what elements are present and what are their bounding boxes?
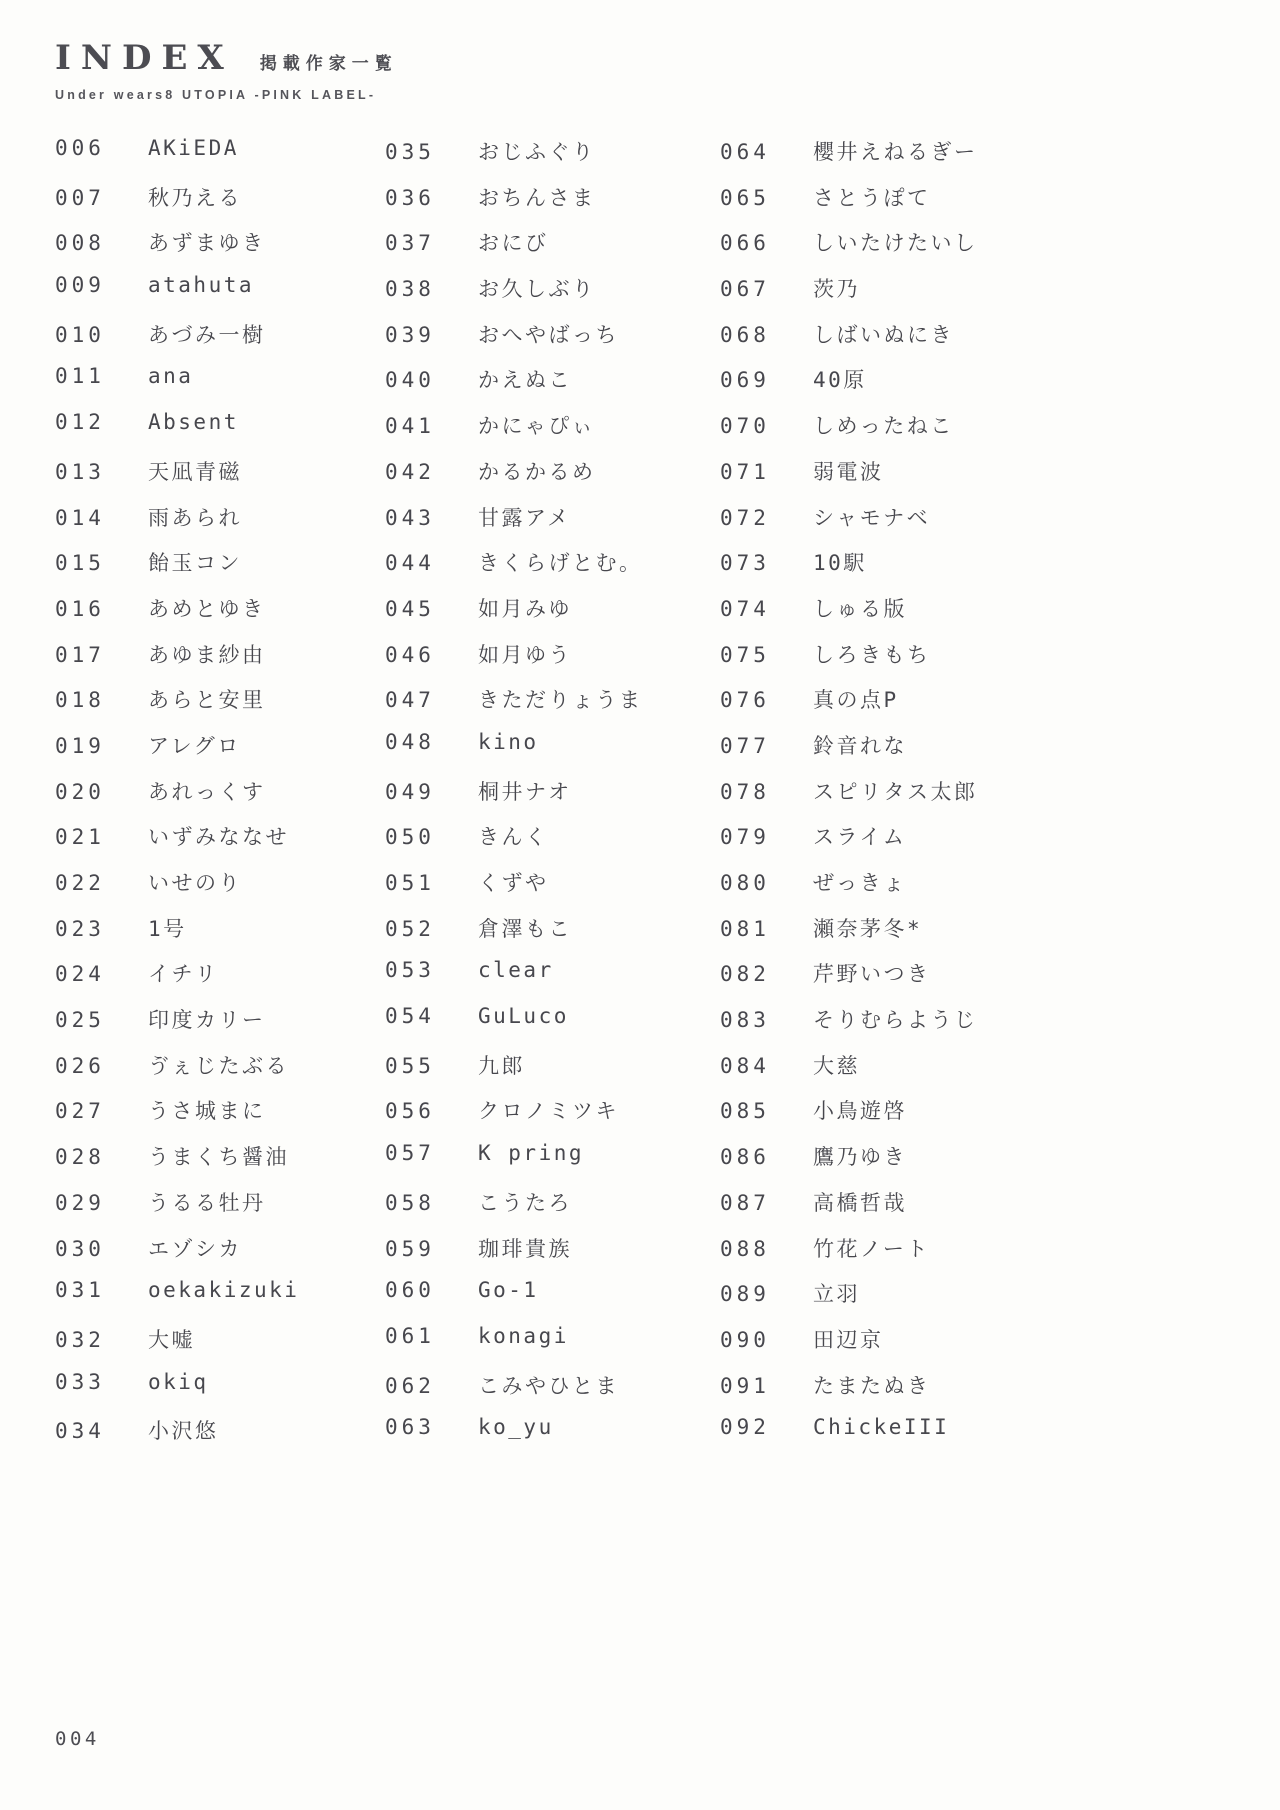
entry-number: 016 [55, 597, 148, 621]
entry-name: イチリ [148, 958, 219, 988]
entry-number: 025 [55, 1008, 148, 1032]
entry-name: Absent [148, 410, 239, 434]
index-entry-row: 078 スピリタス太郎 [720, 776, 1260, 822]
entry-number: 012 [55, 410, 148, 434]
index-entry-row: 012 Absent [55, 410, 385, 456]
entry-name: ぜっきょ [813, 867, 907, 897]
entry-number: 091 [720, 1374, 813, 1398]
index-columns: 006 AKiEDA 007 秋乃える 008 あずまゆき 009 atahut… [55, 136, 1280, 1461]
index-entry-row: 011 ana [55, 364, 385, 410]
entry-name: あめとゆき [148, 593, 266, 623]
entry-number: 021 [55, 825, 148, 849]
entry-number: 061 [385, 1324, 478, 1348]
entry-number: 062 [385, 1374, 478, 1398]
entry-name: そりむらようじ [813, 1004, 978, 1034]
entry-number: 076 [720, 688, 813, 712]
index-entry-row: 052 倉澤もこ [385, 913, 720, 959]
index-entry-row: 017 あゆま紗由 [55, 639, 385, 685]
index-entry-row: 068 しばいぬにき [720, 319, 1260, 365]
entry-name: こみやひとま [478, 1370, 619, 1400]
index-entry-row: 037 おにび [385, 227, 720, 273]
entry-name: 大嘘 [148, 1324, 195, 1354]
entry-name: しろきもち [813, 639, 931, 669]
entry-number: 052 [385, 917, 478, 941]
entry-name: AKiEDA [148, 136, 239, 160]
entry-number: 020 [55, 780, 148, 804]
index-entry-row: 041 かにゃぴぃ [385, 410, 720, 456]
entry-number: 034 [55, 1419, 148, 1443]
entry-number: 043 [385, 506, 478, 530]
index-entry-row: 046 如月ゆう [385, 639, 720, 685]
index-entry-row: 048 kino [385, 730, 720, 776]
index-entry-row: 064 櫻井えねるぎー [720, 136, 1260, 182]
index-entry-row: 030 エゾシカ [55, 1233, 385, 1279]
index-entry-row: 014 雨あられ [55, 502, 385, 548]
entry-name: 九郎 [478, 1050, 525, 1080]
entry-name: しばいぬにき [813, 319, 954, 349]
entry-name: あずまゆき [148, 227, 266, 257]
entry-number: 009 [55, 273, 148, 297]
entry-number: 023 [55, 917, 148, 941]
entry-name: かえぬこ [478, 364, 572, 394]
index-entry-row: 015 飴玉コン [55, 547, 385, 593]
entry-name: 高橋哲哉 [813, 1187, 907, 1217]
entry-number: 011 [55, 364, 148, 388]
index-entry-row: 010 あづみ一樹 [55, 319, 385, 365]
entry-name: 40原 [813, 364, 867, 394]
index-entry-row: 065 さとうぽて [720, 182, 1260, 228]
entry-number: 037 [385, 231, 478, 255]
entry-number: 038 [385, 277, 478, 301]
entry-number: 018 [55, 688, 148, 712]
entry-name: クロノミツキ [478, 1095, 619, 1125]
entry-name: こうたろ [478, 1187, 572, 1217]
entry-number: 045 [385, 597, 478, 621]
index-entry-row: 036 おちんさま [385, 182, 720, 228]
index-entry-row: 039 おへやばっち [385, 319, 720, 365]
entry-name: 1号 [148, 913, 187, 943]
entry-name: 桐井ナオ [478, 776, 572, 806]
entry-number: 085 [720, 1099, 813, 1123]
page-header: INDEX 掲載作家一覧 [55, 38, 1280, 78]
entry-name: 芹野いつき [813, 958, 931, 988]
index-entry-row: 085 小鳥遊啓 [720, 1095, 1260, 1141]
entry-number: 039 [385, 323, 478, 347]
index-entry-row: 083 そりむらようじ [720, 1004, 1260, 1050]
index-entry-row: 044 きくらげとむ。 [385, 547, 720, 593]
entry-number: 042 [385, 460, 478, 484]
entry-name: アレグロ [148, 730, 241, 760]
index-column-2: 035 おじふぐり 036 おちんさま 037 おにび 038 お久しぶり 03… [385, 136, 720, 1461]
entry-number: 056 [385, 1099, 478, 1123]
entry-name: お久しぶり [478, 273, 596, 303]
entry-number: 048 [385, 730, 478, 754]
entry-name: いせのり [148, 867, 242, 897]
entry-name: 瀬奈茅冬* [813, 913, 922, 943]
entry-name: あらと安里 [148, 684, 266, 714]
entry-name: ana [148, 364, 193, 388]
entry-name: たまたぬき [813, 1370, 931, 1400]
index-entry-row: 069 40原 [720, 364, 1260, 410]
entry-number: 086 [720, 1145, 813, 1169]
entry-number: 015 [55, 551, 148, 575]
entry-name: スライム [813, 821, 906, 851]
entry-name: かるかるめ [478, 456, 596, 486]
entry-number: 047 [385, 688, 478, 712]
entry-number: 033 [55, 1370, 148, 1394]
page-title: INDEX [55, 38, 234, 78]
entry-number: 035 [385, 140, 478, 164]
entry-number: 073 [720, 551, 813, 575]
index-entry-row: 067 茨乃 [720, 273, 1260, 319]
index-entry-row: 056 クロノミツキ [385, 1095, 720, 1141]
entry-name: 櫻井えねるぎー [813, 136, 978, 166]
entry-number: 028 [55, 1145, 148, 1169]
entry-name: きただりょうま [478, 684, 643, 714]
entry-number: 074 [720, 597, 813, 621]
entry-number: 022 [55, 871, 148, 895]
entry-name: 小鳥遊啓 [813, 1095, 907, 1125]
entry-number: 092 [720, 1415, 813, 1439]
entry-number: 058 [385, 1191, 478, 1215]
entry-name: 天凪青磁 [148, 456, 242, 486]
entry-number: 029 [55, 1191, 148, 1215]
entry-number: 032 [55, 1328, 148, 1352]
index-entry-row: 029 うるる牡丹 [55, 1187, 385, 1233]
index-entry-row: 020 あれっくす [55, 776, 385, 822]
entry-name: うまくち醤油 [148, 1141, 289, 1171]
entry-name: 鈴音れな [813, 730, 907, 760]
entry-name: atahuta [148, 273, 254, 297]
index-page: INDEX 掲載作家一覧 Under wears8 UTOPIA -PINK L… [0, 0, 1280, 1810]
entry-name: kino [478, 730, 539, 754]
entry-name: 茨乃 [813, 273, 860, 303]
entry-name: ゔぇじたぶる [148, 1050, 289, 1080]
index-entry-row: 051 くずや [385, 867, 720, 913]
entry-number: 063 [385, 1415, 478, 1439]
entry-name: 如月ゆう [478, 639, 572, 669]
entry-number: 081 [720, 917, 813, 941]
index-entry-row: 089 立羽 [720, 1278, 1260, 1324]
entry-name: 10駅 [813, 547, 867, 577]
index-entry-row: 077 鈴音れな [720, 730, 1260, 776]
entry-name: 倉澤もこ [478, 913, 572, 943]
entry-name: うさ城まに [148, 1095, 266, 1125]
index-entry-row: 053 clear [385, 958, 720, 1004]
index-entry-row: 061 konagi [385, 1324, 720, 1370]
index-entry-row: 076 真の点P [720, 684, 1260, 730]
index-entry-row: 086 鷹乃ゆき [720, 1141, 1260, 1187]
entry-number: 017 [55, 643, 148, 667]
index-entry-row: 040 かえぬこ [385, 364, 720, 410]
entry-number: 084 [720, 1054, 813, 1078]
entry-name: スピリタス太郎 [813, 776, 978, 806]
index-entry-row: 049 桐井ナオ [385, 776, 720, 822]
entry-name: K pring [478, 1141, 584, 1165]
entry-number: 041 [385, 414, 478, 438]
index-entry-row: 074 しゅる版 [720, 593, 1260, 639]
index-entry-row: 019 アレグロ [55, 730, 385, 776]
index-entry-row: 054 GuLuco [385, 1004, 720, 1050]
entry-number: 083 [720, 1008, 813, 1032]
index-entry-row: 008 あずまゆき [55, 227, 385, 273]
entry-name: 小沢悠 [148, 1415, 219, 1445]
index-entry-row: 082 芹野いつき [720, 958, 1260, 1004]
index-entry-row: 025 印度カリー [55, 1004, 385, 1050]
entry-number: 059 [385, 1237, 478, 1261]
entry-name: clear [478, 958, 554, 982]
index-entry-row: 060 Go-1 [385, 1278, 720, 1324]
entry-number: 060 [385, 1278, 478, 1302]
index-entry-row: 022 いせのり [55, 867, 385, 913]
index-column-1: 006 AKiEDA 007 秋乃える 008 あずまゆき 009 atahut… [55, 136, 385, 1461]
entry-number: 027 [55, 1099, 148, 1123]
entry-name: 秋乃える [148, 182, 242, 212]
index-entry-row: 018 あらと安里 [55, 684, 385, 730]
index-column-3: 064 櫻井えねるぎー 065 さとうぽて 066 しいたけたいし 067 茨乃… [720, 136, 1260, 1461]
entry-number: 030 [55, 1237, 148, 1261]
page-number: 004 [55, 1728, 100, 1750]
index-entry-row: 045 如月みゆ [385, 593, 720, 639]
entry-number: 049 [385, 780, 478, 804]
index-entry-row: 034 小沢悠 [55, 1415, 385, 1461]
entry-name: okiq [148, 1370, 209, 1394]
entry-name: しめったねこ [813, 410, 954, 440]
entry-name: おじふぐり [478, 136, 596, 166]
entry-name: 印度カリー [148, 1004, 266, 1034]
entry-number: 057 [385, 1141, 478, 1165]
index-entry-row: 080 ぜっきょ [720, 867, 1260, 913]
entry-number: 010 [55, 323, 148, 347]
entry-number: 050 [385, 825, 478, 849]
index-entry-row: 058 こうたろ [385, 1187, 720, 1233]
page-subtitle-jp: 掲載作家一覧 [260, 49, 398, 74]
index-entry-row: 063 ko_yu [385, 1415, 720, 1461]
index-entry-row: 043 甘露アメ [385, 502, 720, 548]
entry-name: ko_yu [478, 1415, 554, 1439]
entry-name: 甘露アメ [478, 502, 571, 532]
entry-number: 089 [720, 1282, 813, 1306]
entry-number: 065 [720, 186, 813, 210]
entry-number: 036 [385, 186, 478, 210]
entry-name: ChickeIII [813, 1415, 949, 1439]
entry-name: さとうぽて [813, 182, 931, 212]
index-entry-row: 055 九郎 [385, 1050, 720, 1096]
index-entry-row: 016 あめとゆき [55, 593, 385, 639]
entry-name: 弱電波 [813, 456, 884, 486]
entry-name: 田辺京 [813, 1324, 884, 1354]
entry-number: 069 [720, 368, 813, 392]
index-entry-row: 042 かるかるめ [385, 456, 720, 502]
index-entry-row: 026 ゔぇじたぶる [55, 1050, 385, 1096]
index-entry-row: 070 しめったねこ [720, 410, 1260, 456]
entry-number: 070 [720, 414, 813, 438]
entry-number: 008 [55, 231, 148, 255]
entry-number: 054 [385, 1004, 478, 1028]
entry-name: おちんさま [478, 182, 596, 212]
index-entry-row: 023 1号 [55, 913, 385, 959]
entry-name: エゾシカ [148, 1233, 242, 1263]
entry-number: 075 [720, 643, 813, 667]
entry-name: いずみななせ [148, 821, 289, 851]
entry-name: おにび [478, 227, 549, 257]
index-entry-row: 007 秋乃える [55, 182, 385, 228]
index-entry-row: 072 シャモナベ [720, 502, 1260, 548]
entry-number: 082 [720, 962, 813, 986]
index-entry-row: 050 きんく [385, 821, 720, 867]
index-entry-row: 024 イチリ [55, 958, 385, 1004]
entry-name: Go-1 [478, 1278, 539, 1302]
entry-number: 088 [720, 1237, 813, 1261]
entry-number: 055 [385, 1054, 478, 1078]
entry-number: 013 [55, 460, 148, 484]
entry-name: 飴玉コン [148, 547, 242, 577]
index-entry-row: 075 しろきもち [720, 639, 1260, 685]
index-entry-row: 021 いずみななせ [55, 821, 385, 867]
index-entry-row: 009 atahuta [55, 273, 385, 319]
entry-number: 080 [720, 871, 813, 895]
page-subtitle-en: Under wears8 UTOPIA -PINK LABEL- [55, 88, 1280, 102]
entry-number: 079 [720, 825, 813, 849]
entry-number: 024 [55, 962, 148, 986]
entry-number: 072 [720, 506, 813, 530]
entry-number: 014 [55, 506, 148, 530]
entry-number: 071 [720, 460, 813, 484]
entry-number: 007 [55, 186, 148, 210]
entry-number: 046 [385, 643, 478, 667]
entry-name: 鷹乃ゆき [813, 1141, 907, 1171]
entry-name: きくらげとむ。 [478, 547, 643, 577]
index-entry-row: 087 高橋哲哉 [720, 1187, 1260, 1233]
index-entry-row: 028 うまくち醤油 [55, 1141, 385, 1187]
entry-number: 019 [55, 734, 148, 758]
index-entry-row: 035 おじふぐり [385, 136, 720, 182]
entry-number: 026 [55, 1054, 148, 1078]
entry-name: きんく [478, 821, 549, 851]
entry-number: 051 [385, 871, 478, 895]
entry-name: 如月みゆ [478, 593, 572, 623]
index-entry-row: 033 okiq [55, 1370, 385, 1416]
index-entry-row: 092 ChickeIII [720, 1415, 1260, 1461]
entry-name: oekakizuki [148, 1278, 299, 1302]
entry-number: 067 [720, 277, 813, 301]
entry-number: 068 [720, 323, 813, 347]
index-entry-row: 031 oekakizuki [55, 1278, 385, 1324]
index-entry-row: 027 うさ城まに [55, 1095, 385, 1141]
index-entry-row: 032 大嘘 [55, 1324, 385, 1370]
entry-name: あれっくす [148, 776, 266, 806]
index-entry-row: 038 お久しぶり [385, 273, 720, 319]
entry-name: 雨あられ [148, 502, 242, 532]
entry-name: しゅる版 [813, 593, 907, 623]
index-entry-row: 088 竹花ノート [720, 1233, 1260, 1279]
entry-name: おへやばっち [478, 319, 619, 349]
index-entry-row: 006 AKiEDA [55, 136, 385, 182]
entry-number: 040 [385, 368, 478, 392]
entry-name: しいたけたいし [813, 227, 978, 257]
index-entry-row: 079 スライム [720, 821, 1260, 867]
entry-name: くずや [478, 867, 549, 897]
entry-number: 044 [385, 551, 478, 575]
entry-number: 006 [55, 136, 148, 160]
entry-name: うるる牡丹 [148, 1187, 266, 1217]
entry-number: 031 [55, 1278, 148, 1302]
index-entry-row: 062 こみやひとま [385, 1370, 720, 1416]
entry-name: かにゃぴぃ [478, 410, 595, 440]
entry-name: 珈琲貴族 [478, 1233, 572, 1263]
entry-number: 087 [720, 1191, 813, 1215]
index-entry-row: 090 田辺京 [720, 1324, 1260, 1370]
entry-number: 064 [720, 140, 813, 164]
index-entry-row: 013 天凪青磁 [55, 456, 385, 502]
entry-name: あづみ一樹 [148, 319, 266, 349]
entry-name: konagi [478, 1324, 569, 1348]
index-entry-row: 047 きただりょうま [385, 684, 720, 730]
entry-name: 竹花ノート [813, 1233, 930, 1263]
index-entry-row: 081 瀬奈茅冬* [720, 913, 1260, 959]
index-entry-row: 066 しいたけたいし [720, 227, 1260, 273]
entry-name: GuLuco [478, 1004, 569, 1028]
entry-name: 大慈 [813, 1050, 860, 1080]
index-entry-row: 091 たまたぬき [720, 1370, 1260, 1416]
index-entry-row: 059 珈琲貴族 [385, 1233, 720, 1279]
entry-number: 077 [720, 734, 813, 758]
index-entry-row: 073 10駅 [720, 547, 1260, 593]
entry-name: シャモナベ [813, 502, 930, 532]
entry-number: 053 [385, 958, 478, 982]
entry-name: 真の点P [813, 684, 899, 714]
index-entry-row: 071 弱電波 [720, 456, 1260, 502]
entry-number: 078 [720, 780, 813, 804]
index-entry-row: 057 K pring [385, 1141, 720, 1187]
entry-name: 立羽 [813, 1278, 860, 1308]
entry-number: 066 [720, 231, 813, 255]
index-entry-row: 084 大慈 [720, 1050, 1260, 1096]
entry-name: あゆま紗由 [148, 639, 266, 669]
entry-number: 090 [720, 1328, 813, 1352]
